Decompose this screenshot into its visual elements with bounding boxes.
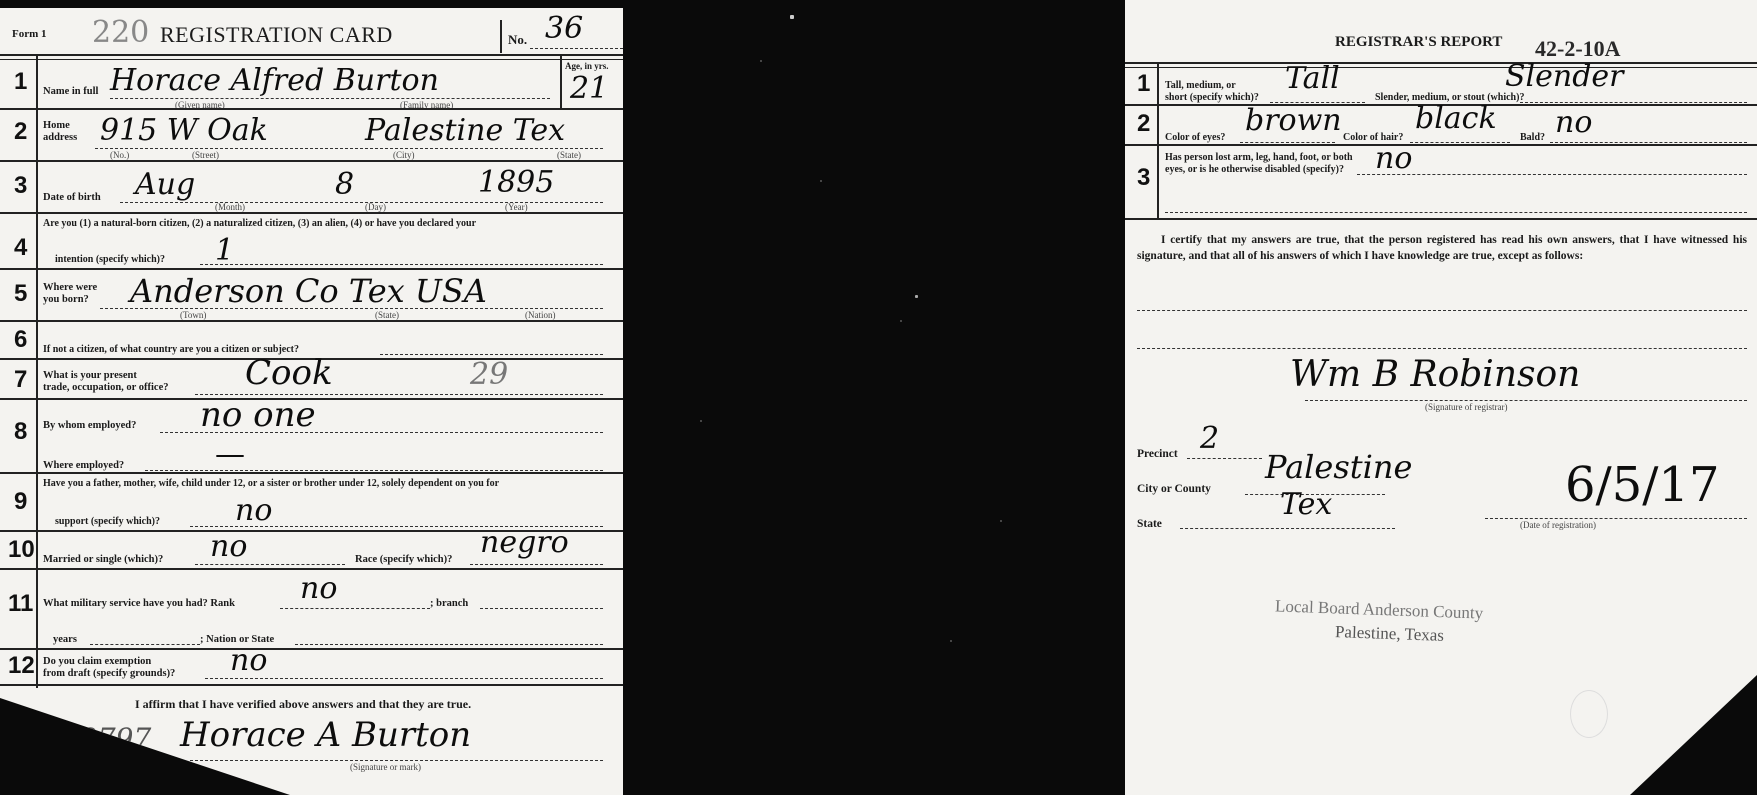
- disability-label: eyes, or is he otherwise disabled (speci…: [1165, 164, 1344, 176]
- local-board-stamp: Local Board Anderson County: [1275, 596, 1484, 623]
- hair-color-answer: black: [1415, 104, 1497, 134]
- state-answer: Tex: [1280, 490, 1332, 520]
- military-service-label: What military service have you had? Rank: [43, 598, 235, 610]
- race-answer: negro: [480, 528, 569, 558]
- rule: [0, 212, 623, 214]
- exemption-label: Do you claim exemption: [43, 656, 151, 668]
- scan-noise: [760, 60, 762, 62]
- disability-label: Has person lost arm, leg, hand, foot, or…: [1165, 152, 1353, 164]
- years-label: years: [53, 634, 77, 646]
- dotted-line: [1137, 310, 1747, 311]
- row-number: 3: [14, 172, 27, 200]
- age-answer: 21: [570, 74, 608, 104]
- dob-month-answer: Aug: [135, 170, 195, 200]
- registrars-report: REGISTRAR'S REPORT 42-2-10A 1 Tall, medi…: [1125, 0, 1757, 795]
- dotted-line: [295, 644, 603, 645]
- faint-seal-mark: [1570, 690, 1608, 738]
- dotted-line: [1485, 518, 1747, 519]
- dotted-line: [480, 608, 603, 609]
- dotted-line: [195, 564, 345, 565]
- branch-label: ; branch: [430, 598, 468, 610]
- rule: [0, 472, 623, 474]
- registrar-signature-caption: (Signature of registrar): [1425, 402, 1507, 412]
- dotted-line: [160, 432, 603, 433]
- marital-status-answer: no: [210, 532, 247, 562]
- serial-handwritten: 220: [92, 18, 149, 48]
- dotted-line: [1357, 174, 1747, 175]
- dotted-line: [145, 470, 603, 471]
- birthplace-label: you born?: [43, 294, 89, 306]
- home-address-label: Home: [43, 120, 70, 132]
- dotted-line: [1550, 142, 1747, 143]
- military-service-answer: no: [300, 574, 337, 604]
- employer-answer: no one: [200, 400, 316, 430]
- affirmation-text: I affirm that I have verified above answ…: [135, 698, 471, 710]
- scan-noise: [950, 640, 952, 642]
- rule: [0, 568, 623, 570]
- registration-date: 6/5/17: [1565, 470, 1720, 500]
- dob-label: Date of birth: [43, 192, 101, 204]
- citizenship-answer: 1: [215, 236, 234, 266]
- rule: [0, 648, 623, 650]
- row-number: 12: [8, 652, 35, 680]
- rule: [1125, 218, 1757, 220]
- dotted-line: [1180, 528, 1395, 529]
- dotted-line: [200, 264, 603, 265]
- date-caption: (Date of registration): [1520, 520, 1596, 530]
- dotted-line: [1305, 400, 1747, 401]
- dotted-line: [120, 202, 603, 203]
- registration-card: Form 1 220 REGISTRATION CARD No. 36 1 Na…: [0, 8, 623, 795]
- dotted-line: [95, 148, 603, 149]
- row-number: 4: [14, 234, 27, 262]
- rule: [1125, 62, 1757, 68]
- registrant-signature: Horace A Burton: [180, 720, 471, 750]
- row-number: 2: [1137, 110, 1150, 138]
- dotted-line: [1137, 348, 1747, 349]
- dependents-label: Have you a father, mother, wife, child u…: [43, 478, 499, 490]
- number-caption: (No.): [110, 150, 129, 160]
- state-caption: (State): [557, 150, 581, 160]
- occupation-label: What is your present: [43, 370, 137, 382]
- dotted-line: [1187, 458, 1262, 459]
- year-caption: (Year): [505, 202, 528, 212]
- dob-year-answer: 1895: [478, 168, 554, 198]
- height-answer: Tall: [1285, 64, 1340, 94]
- bald-answer: no: [1555, 108, 1592, 138]
- exemption-answer: no: [230, 646, 267, 676]
- dotted-line: [530, 48, 623, 49]
- dob-day-answer: 8: [335, 170, 354, 200]
- report-title: REGISTRAR'S REPORT: [1335, 34, 1502, 51]
- marital-status-label: Married or single (which)?: [43, 554, 163, 566]
- name-answer: Horace Alfred Burton: [110, 66, 439, 96]
- row-number: 8: [14, 418, 27, 446]
- street-answer: 915 W Oak: [100, 116, 268, 146]
- city-county-label: City or County: [1137, 483, 1211, 495]
- row-number: 1: [14, 68, 27, 96]
- row-number: 1: [1137, 70, 1150, 98]
- dotted-line: [380, 354, 603, 355]
- scan-noise: [700, 420, 702, 422]
- scan-noise: [790, 15, 794, 19]
- home-address-label: address: [43, 132, 77, 144]
- row-number: 11: [8, 590, 33, 618]
- exemption-label: from draft (specify grounds)?: [43, 668, 175, 680]
- work-location-answer: —: [215, 440, 245, 470]
- rule: [0, 54, 623, 60]
- row-number: 7: [14, 366, 27, 394]
- registrar-signature: Wm B Robinson: [1290, 360, 1580, 390]
- name-label: Name in full: [43, 86, 98, 98]
- dotted-line: [280, 608, 430, 609]
- dotted-line: [1165, 212, 1747, 213]
- rule: [0, 684, 623, 686]
- row-number: 6: [14, 326, 27, 354]
- bald-label: Bald?: [1520, 132, 1545, 144]
- state-caption: (State): [375, 310, 399, 320]
- month-caption: (Month): [215, 202, 245, 212]
- form-label: Form 1: [12, 28, 47, 40]
- dotted-line: [90, 644, 200, 645]
- city-county-answer: Palestine: [1265, 452, 1412, 482]
- occupation-note: 29: [470, 360, 508, 390]
- rule: [0, 268, 623, 270]
- rule: [1125, 144, 1757, 146]
- dotted-line: [100, 308, 603, 309]
- eye-color-answer: brown: [1245, 106, 1342, 136]
- state-label: State: [1137, 518, 1162, 530]
- number-value: 36: [545, 14, 583, 44]
- rule: [0, 160, 623, 162]
- column-divider: [36, 55, 38, 688]
- disability-answer: no: [1375, 144, 1412, 174]
- town-caption: (Town): [180, 310, 206, 320]
- rule: [0, 108, 623, 110]
- birthplace-answer: Anderson Co Tex USA: [130, 276, 487, 306]
- dependents-answer: no: [235, 496, 272, 526]
- rule: [0, 320, 623, 322]
- row-number: 5: [14, 280, 27, 308]
- card-title: REGISTRATION CARD: [160, 22, 393, 48]
- row-number: 2: [14, 118, 27, 146]
- height-label: Tall, medium, or: [1165, 80, 1236, 92]
- dotted-line: [190, 760, 603, 761]
- divider: [500, 20, 502, 53]
- day-caption: (Day): [365, 202, 386, 212]
- precinct-answer: 2: [1200, 424, 1219, 454]
- race-label: Race (specify which)?: [355, 554, 452, 566]
- scan-noise: [915, 295, 918, 298]
- row-number: 10: [8, 536, 35, 564]
- row-number: 9: [14, 488, 27, 516]
- number-label: No.: [508, 34, 527, 46]
- row-number: 3: [1137, 164, 1150, 192]
- employer-label: By whom employed?: [43, 420, 136, 432]
- local-board-stamp: Palestine, Texas: [1335, 622, 1445, 646]
- scan-noise: [1000, 520, 1002, 522]
- dotted-line: [1520, 102, 1747, 103]
- street-caption: (Street): [192, 150, 219, 160]
- scan-noise: [900, 320, 902, 322]
- column-divider: [1157, 64, 1159, 218]
- margin-number: 2797: [80, 724, 151, 754]
- age-divider: [560, 55, 562, 108]
- certification-text: I certify that my answers are true, that…: [1137, 232, 1747, 264]
- nation-caption: (Nation): [525, 310, 556, 320]
- build-answer: Slender: [1505, 62, 1624, 92]
- dotted-line: [470, 564, 603, 565]
- precinct-label: Precinct: [1137, 448, 1178, 460]
- signature-caption: (Signature or mark): [350, 762, 421, 772]
- scan-noise: [820, 180, 822, 182]
- dotted-line: [1410, 142, 1510, 143]
- citizenship-label: Are you (1) a natural-born citizen, (2) …: [43, 218, 476, 230]
- occupation-answer: Cook: [245, 358, 333, 388]
- city-answer: Palestine Tex: [365, 116, 565, 146]
- birthplace-label: Where were: [43, 282, 97, 294]
- occupation-label: trade, occupation, or office?: [43, 382, 169, 394]
- city-caption: (City): [393, 150, 415, 160]
- eye-color-label: Color of eyes?: [1165, 132, 1225, 144]
- work-location-label: Where employed?: [43, 460, 124, 472]
- dependents-label: support (specify which)?: [55, 516, 160, 528]
- citizenship-label: intention (specify which)?: [55, 254, 165, 266]
- dotted-line: [1240, 142, 1335, 143]
- dotted-line: [205, 678, 603, 679]
- dotted-line: [110, 98, 550, 99]
